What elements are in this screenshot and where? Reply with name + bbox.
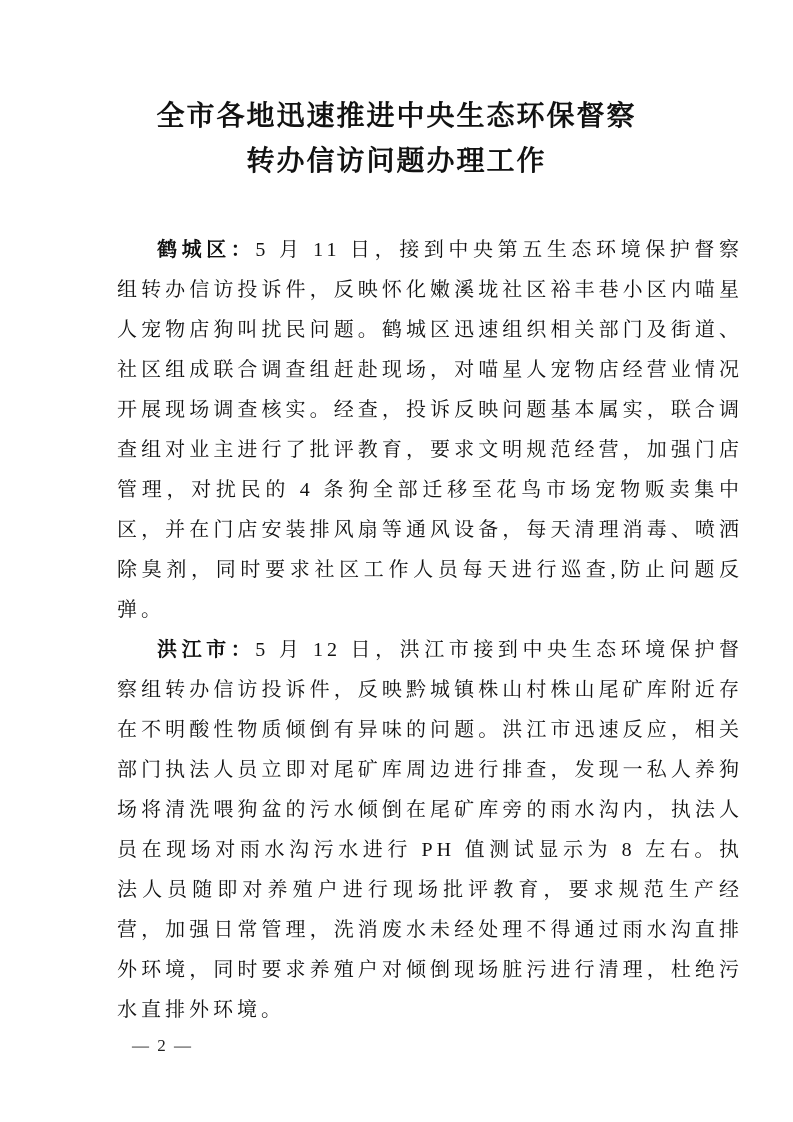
paragraph-lead-hechengqu: 鹤城区： bbox=[157, 239, 255, 261]
paragraph-lead-hongjiangshi: 洪江市： bbox=[157, 639, 255, 661]
document-title-line-2: 转办信访问题办理工作 bbox=[0, 139, 793, 184]
page-number: — 2 — bbox=[132, 1036, 193, 1056]
document-title-line-1: 全市各地迅速推进中央生态环保督察 bbox=[0, 94, 793, 139]
document-body: 鹤城区：5 月 11 日，接到中央第五生态环境保护督察组转办信访投诉件，反映怀化… bbox=[117, 230, 743, 1030]
paragraph-text-hongjiangshi: 5 月 12 日，洪江市接到中央生态环境保护督察组转办信访投诉件，反映黔城镇株山… bbox=[117, 639, 743, 1021]
paragraph-hechengqu: 鹤城区：5 月 11 日，接到中央第五生态环境保护督察组转办信访投诉件，反映怀化… bbox=[117, 230, 743, 630]
paragraph-text-hechengqu: 5 月 11 日，接到中央第五生态环境保护督察组转办信访投诉件，反映怀化嫩溪垅社… bbox=[117, 239, 743, 621]
document-page: 全市各地迅速推进中央生态环保督察 转办信访问题办理工作 鹤城区：5 月 11 日… bbox=[0, 0, 793, 1122]
document-title: 全市各地迅速推进中央生态环保督察 转办信访问题办理工作 bbox=[0, 0, 793, 184]
paragraph-hongjiangshi: 洪江市：5 月 12 日，洪江市接到中央生态环境保护督察组转办信访投诉件，反映黔… bbox=[117, 630, 743, 1030]
